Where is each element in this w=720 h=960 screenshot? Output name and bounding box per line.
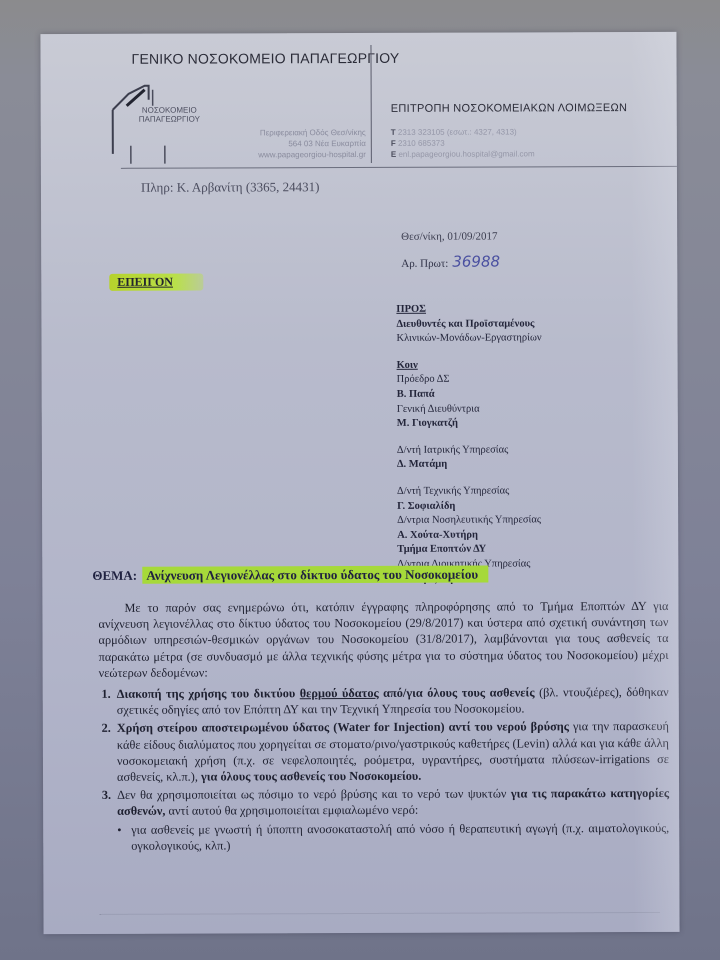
subject-label: ΘΕΜΑ: [92, 568, 137, 583]
recipient-line: Δ. Ματάμη [397, 458, 542, 473]
urgent-stamp: ΕΠΕΙΓΟΝ [109, 274, 203, 291]
protocol-handwritten-number: 36988 [452, 253, 500, 271]
measure-item: 3.Δεν θα χρησιμοποιείται ως πόσιμο το νε… [83, 785, 669, 819]
intro-text: Με το παρόν σας ενημερώνω ότι, κατόπιν έ… [98, 598, 668, 681]
recipient-line: Β. Παπά [397, 387, 542, 402]
measure-text: Χρήση στείρου αποστειρωμένου ύδατος (Wat… [117, 718, 669, 785]
bullet-text: για ασθενείς με γνωστή ή ύποπτη ανοσοκατ… [131, 820, 669, 854]
website-link[interactable]: www.papageorgiou-hospital.gr [191, 149, 366, 161]
recipient-line: Δ/ντή Τεχνικής Υπηρεσίας [397, 484, 542, 499]
protocol-number: Αρ. Πρωτ:36988 [401, 253, 500, 271]
to-list: Διευθυντές και ΠροϊσταμένουςΚλινικών-Μον… [396, 317, 541, 347]
recipient-line: Δ/ντρια Νοσηλευτικής Υπηρεσίας [397, 513, 542, 528]
recipient-line: Δ/ντή Ιατρικής Υπηρεσίας [397, 443, 542, 458]
logo-text-line1: ΝΟΣΟΚΟΜΕΙΟ [139, 106, 200, 115]
hospital-name: ΓΕΝΙΚΟ ΝΟΣΟΚΟΜΕΙΟ ΠΑΠΑΓΕΩΡΓΙΟΥ [131, 50, 399, 67]
phone-label: T [391, 128, 396, 137]
measure-bold: για όλους τους ασθενείς του Νοσοκομείου. [201, 769, 421, 784]
fax-number: 2310 685373 [398, 139, 445, 148]
measures-list: 1.Διακοπή της χρήσης του δικτύου θερμού … [83, 684, 670, 854]
email-label: E [391, 150, 396, 159]
recipient-line: Τμήμα Εποπτών ΔΥ [397, 543, 542, 558]
to-label: ΠΡΟΣ [396, 302, 541, 317]
measure-number: 1. [83, 686, 117, 719]
measure-item: 2.Χρήση στείρου αποστειρωμένου ύδατος (W… [83, 718, 669, 785]
email-address[interactable]: enl.papageorgiou.hospital@gmail.com [398, 149, 534, 158]
subject-text: Ανίχνευση Λεγιονέλλας στο δίκτυο ύδατος … [142, 566, 488, 584]
cc-group-2: Δ/ντή Ιατρικής ΥπηρεσίαςΔ. Ματάμη [397, 443, 542, 473]
recipient-line: Γ. Σοφιαλίδη [397, 499, 542, 514]
measure-plain: Δεν θα χρησιμοποιείται ως πόσιμο το νερό… [117, 787, 511, 802]
phone-number: 2313 323105 (εσωτ.: 4327, 4313) [398, 127, 517, 136]
contact-info-line: Πληρ: Κ. Αρβανίτη (3365, 24431) [141, 179, 320, 196]
document-date: Θεσ/νίκη, 01/09/2017 [401, 231, 497, 243]
bullet-item: •για ασθενείς με γνωστή ή ύποπτη ανοσοκα… [117, 820, 669, 854]
measure-bold: Διακοπή της χρήσης του δικτύου [117, 686, 300, 701]
letterhead-rule [121, 166, 677, 169]
protocol-label: Αρ. Πρωτ: [401, 258, 448, 270]
recipient-line: Μ. Γιογκατζή [397, 417, 542, 432]
logo-text: ΝΟΣΟΚΟΜΕΙΟ ΠΑΠΑΓΕΩΡΓΙΟΥ [139, 106, 200, 124]
measure-plain: αντί αυτού θα χρησιμοποιείται εμφιαλωμέν… [165, 803, 418, 818]
bleed-through-text [100, 912, 660, 921]
address-street: Περιφερειακή Οδός Θεσ/νίκης [191, 127, 366, 139]
recipients-block: ΠΡΟΣ Διευθυντές και ΠροϊσταμένουςΚλινικώ… [396, 302, 542, 587]
recipient-line: Κλινικών-Μονάδων-Εργαστηρίων [396, 332, 541, 347]
measure-underlined: θερμού ύδατος [300, 686, 379, 700]
document-page: ΓΕΝΙΚΟ ΝΟΣΟΚΟΜΕΙΟ ΠΑΠΑΓΕΩΡΓΙΟΥ ΝΟΣΟΚΟΜΕΙ… [40, 32, 679, 934]
recipient-line: Γενική Διευθύντρια [397, 402, 542, 417]
committee-contacts: T 2313 323105 (εσωτ.: 4327, 4313) F 2310… [391, 126, 535, 160]
measure-text: Διακοπή της χρήσης του δικτύου θερμού ύδ… [117, 684, 669, 718]
recipient-line: Α. Χούτα-Χυτήρη [397, 528, 542, 543]
measure-text: Δεν θα χρησιμοποιείται ως πόσιμο το νερό… [117, 785, 669, 819]
subject-line: ΘΕΜΑ: Ανίχνευση Λεγιονέλλας στο δίκτυο ύ… [92, 567, 488, 584]
recipient-line: Πρόεδρο ΔΣ [397, 373, 542, 388]
measure-number: 2. [83, 720, 117, 785]
measure-item: 1.Διακοπή της χρήσης του δικτύου θερμού … [83, 684, 669, 718]
measure-number: 3. [83, 787, 117, 820]
cc-label: Κοιν [397, 358, 542, 373]
logo-text-line2: ΠΑΠΑΓΕΩΡΓΙΟΥ [139, 115, 200, 124]
hospital-address: Περιφερειακή Οδός Θεσ/νίκης 564 03 Νέα Ε… [191, 127, 366, 161]
measure-bold: από/για όλους τους ασθενείς [379, 685, 535, 700]
fax-label: F [391, 139, 396, 148]
committee-name: ΕΠΙΤΡΟΠΗ ΝΟΣΟΚΟΜΕΙΑΚΩΝ ΛΟΙΜΩΞΕΩΝ [391, 102, 628, 115]
bullet-dot-icon: • [117, 821, 131, 853]
cc-group-1: Πρόεδρο ΔΣΒ. ΠαπάΓενική ΔιευθύντριαΜ. Γι… [397, 373, 542, 432]
address-postcode: 564 03 Νέα Ευκαρπία [191, 138, 366, 150]
measure-bold: Χρήση στείρου αποστειρωμένου ύδατος (Wat… [117, 720, 569, 736]
recipient-line: Διευθυντές και Προϊσταμένους [396, 317, 541, 332]
intro-paragraph: Με το παρόν σας ενημερώνω ότι, κατόπιν έ… [98, 598, 668, 681]
